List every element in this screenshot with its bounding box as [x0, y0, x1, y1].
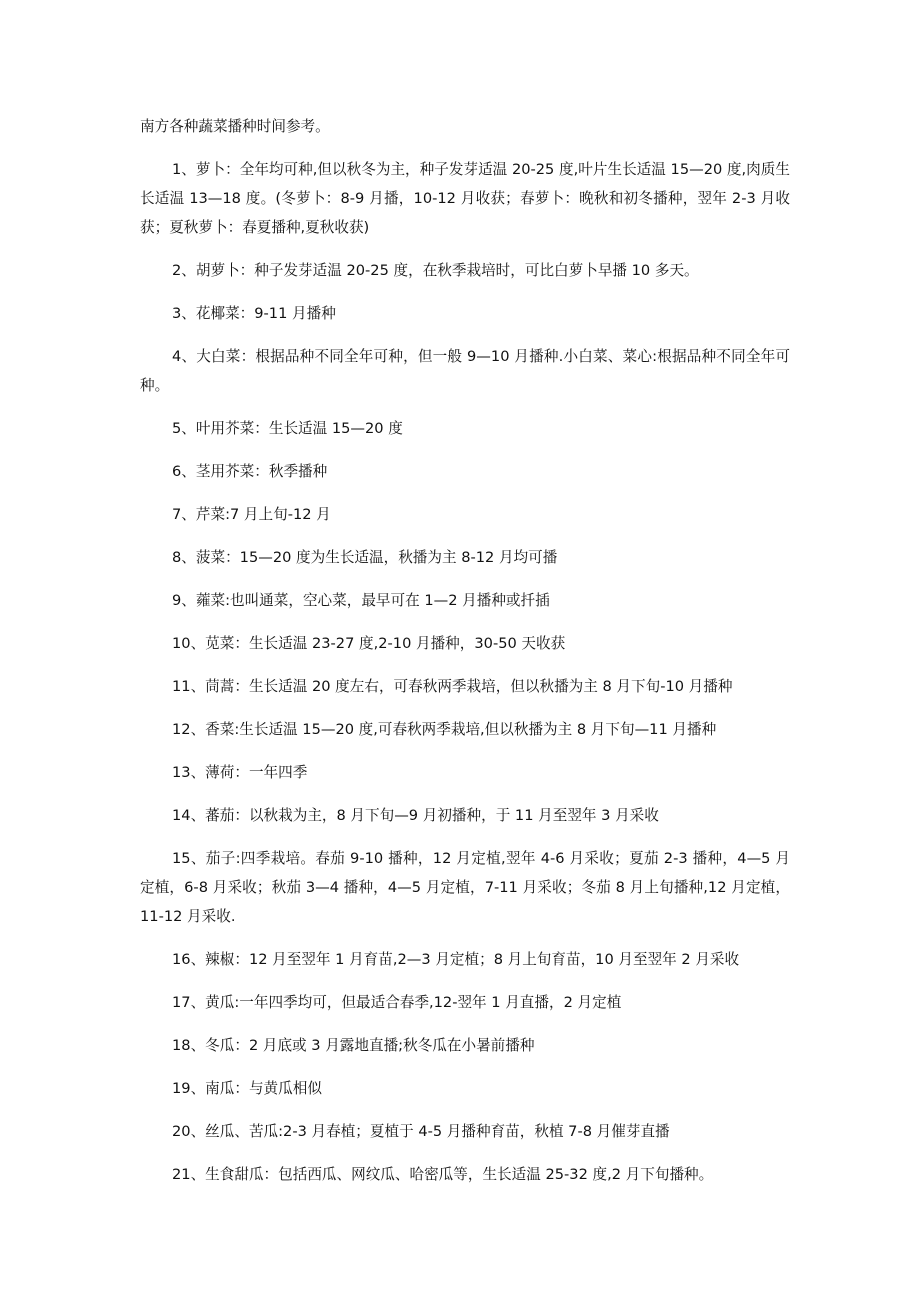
list-item-pepper: 16、辣椒：12 月至翌年 1 月育苗,2—3 月定植；8 月上旬育苗，10 月…	[140, 945, 790, 974]
list-item-eggplant: 15、茄子:四季栽培。春茄 9-10 播种，12 月定植,翌年 4-6 月采收；…	[140, 844, 790, 931]
list-item-crown-daisy: 11、茼蒿：生长适温 20 度左右，可春秋两季栽培，但以秋播为主 8 月下旬-1…	[140, 672, 790, 701]
list-item-water-spinach: 9、蕹菜:也叫通菜，空心菜，最早可在 1—2 月播种或扦插	[140, 586, 790, 615]
list-item-winter-melon: 18、冬瓜：2 月底或 3 月露地直播;秋冬瓜在小暑前播种	[140, 1031, 790, 1060]
list-item-leaf-mustard: 5、叶用芥菜：生长适温 15—20 度	[140, 414, 790, 443]
list-item-coriander: 12、香菜:生长适温 15—20 度,可春秋两季栽培,但以秋播为主 8 月下旬—…	[140, 715, 790, 744]
list-item-carrot: 2、胡萝卜：种子发芽适温 20-25 度，在秋季栽培时，可比白萝卜早播 10 多…	[140, 256, 790, 285]
list-item-amaranth: 10、苋菜：生长适温 23-27 度,2-10 月播种，30-50 天收获	[140, 629, 790, 658]
list-item-radish: 1、萝卜：全年均可种,但以秋冬为主，种子发芽适温 20-25 度,叶片生长适温 …	[140, 155, 790, 242]
list-item-luffa-bitter-melon: 20、丝瓜、苦瓜:2-3 月春植；夏植于 4-5 月播种育苗，秋植 7-8 月催…	[140, 1117, 790, 1146]
list-item-cauliflower: 3、花椰菜：9-11 月播种	[140, 299, 790, 328]
list-item-mint: 13、薄荷：一年四季	[140, 758, 790, 787]
list-item-stem-mustard: 6、茎用芥菜：秋季播种	[140, 457, 790, 486]
document-page: 南方各种蔬菜播种时间参考。 1、萝卜：全年均可种,但以秋冬为主，种子发芽适温 2…	[140, 112, 790, 1203]
list-item-celery: 7、芹菜:7 月上旬-12 月	[140, 500, 790, 529]
list-item-pumpkin: 19、南瓜：与黄瓜相似	[140, 1074, 790, 1103]
list-item-spinach: 8、菠菜：15—20 度为生长适温，秋播为主 8-12 月均可播	[140, 543, 790, 572]
list-item-chinese-cabbage: 4、大白菜：根据品种不同全年可种，但一般 9—10 月播种.小白菜、菜心:根据品…	[140, 342, 790, 400]
list-item-cucumber: 17、黄瓜:一年四季均可，但最适合春季,12-翌年 1 月直播，2 月定植	[140, 988, 790, 1017]
list-item-melon: 21、生食甜瓜：包括西瓜、网纹瓜、哈密瓜等，生长适温 25-32 度,2 月下旬…	[140, 1160, 790, 1189]
list-item-tomato: 14、蕃茄：以秋栽为主，8 月下旬—9 月初播种，于 11 月至翌年 3 月采收	[140, 801, 790, 830]
document-title: 南方各种蔬菜播种时间参考。	[140, 112, 790, 141]
